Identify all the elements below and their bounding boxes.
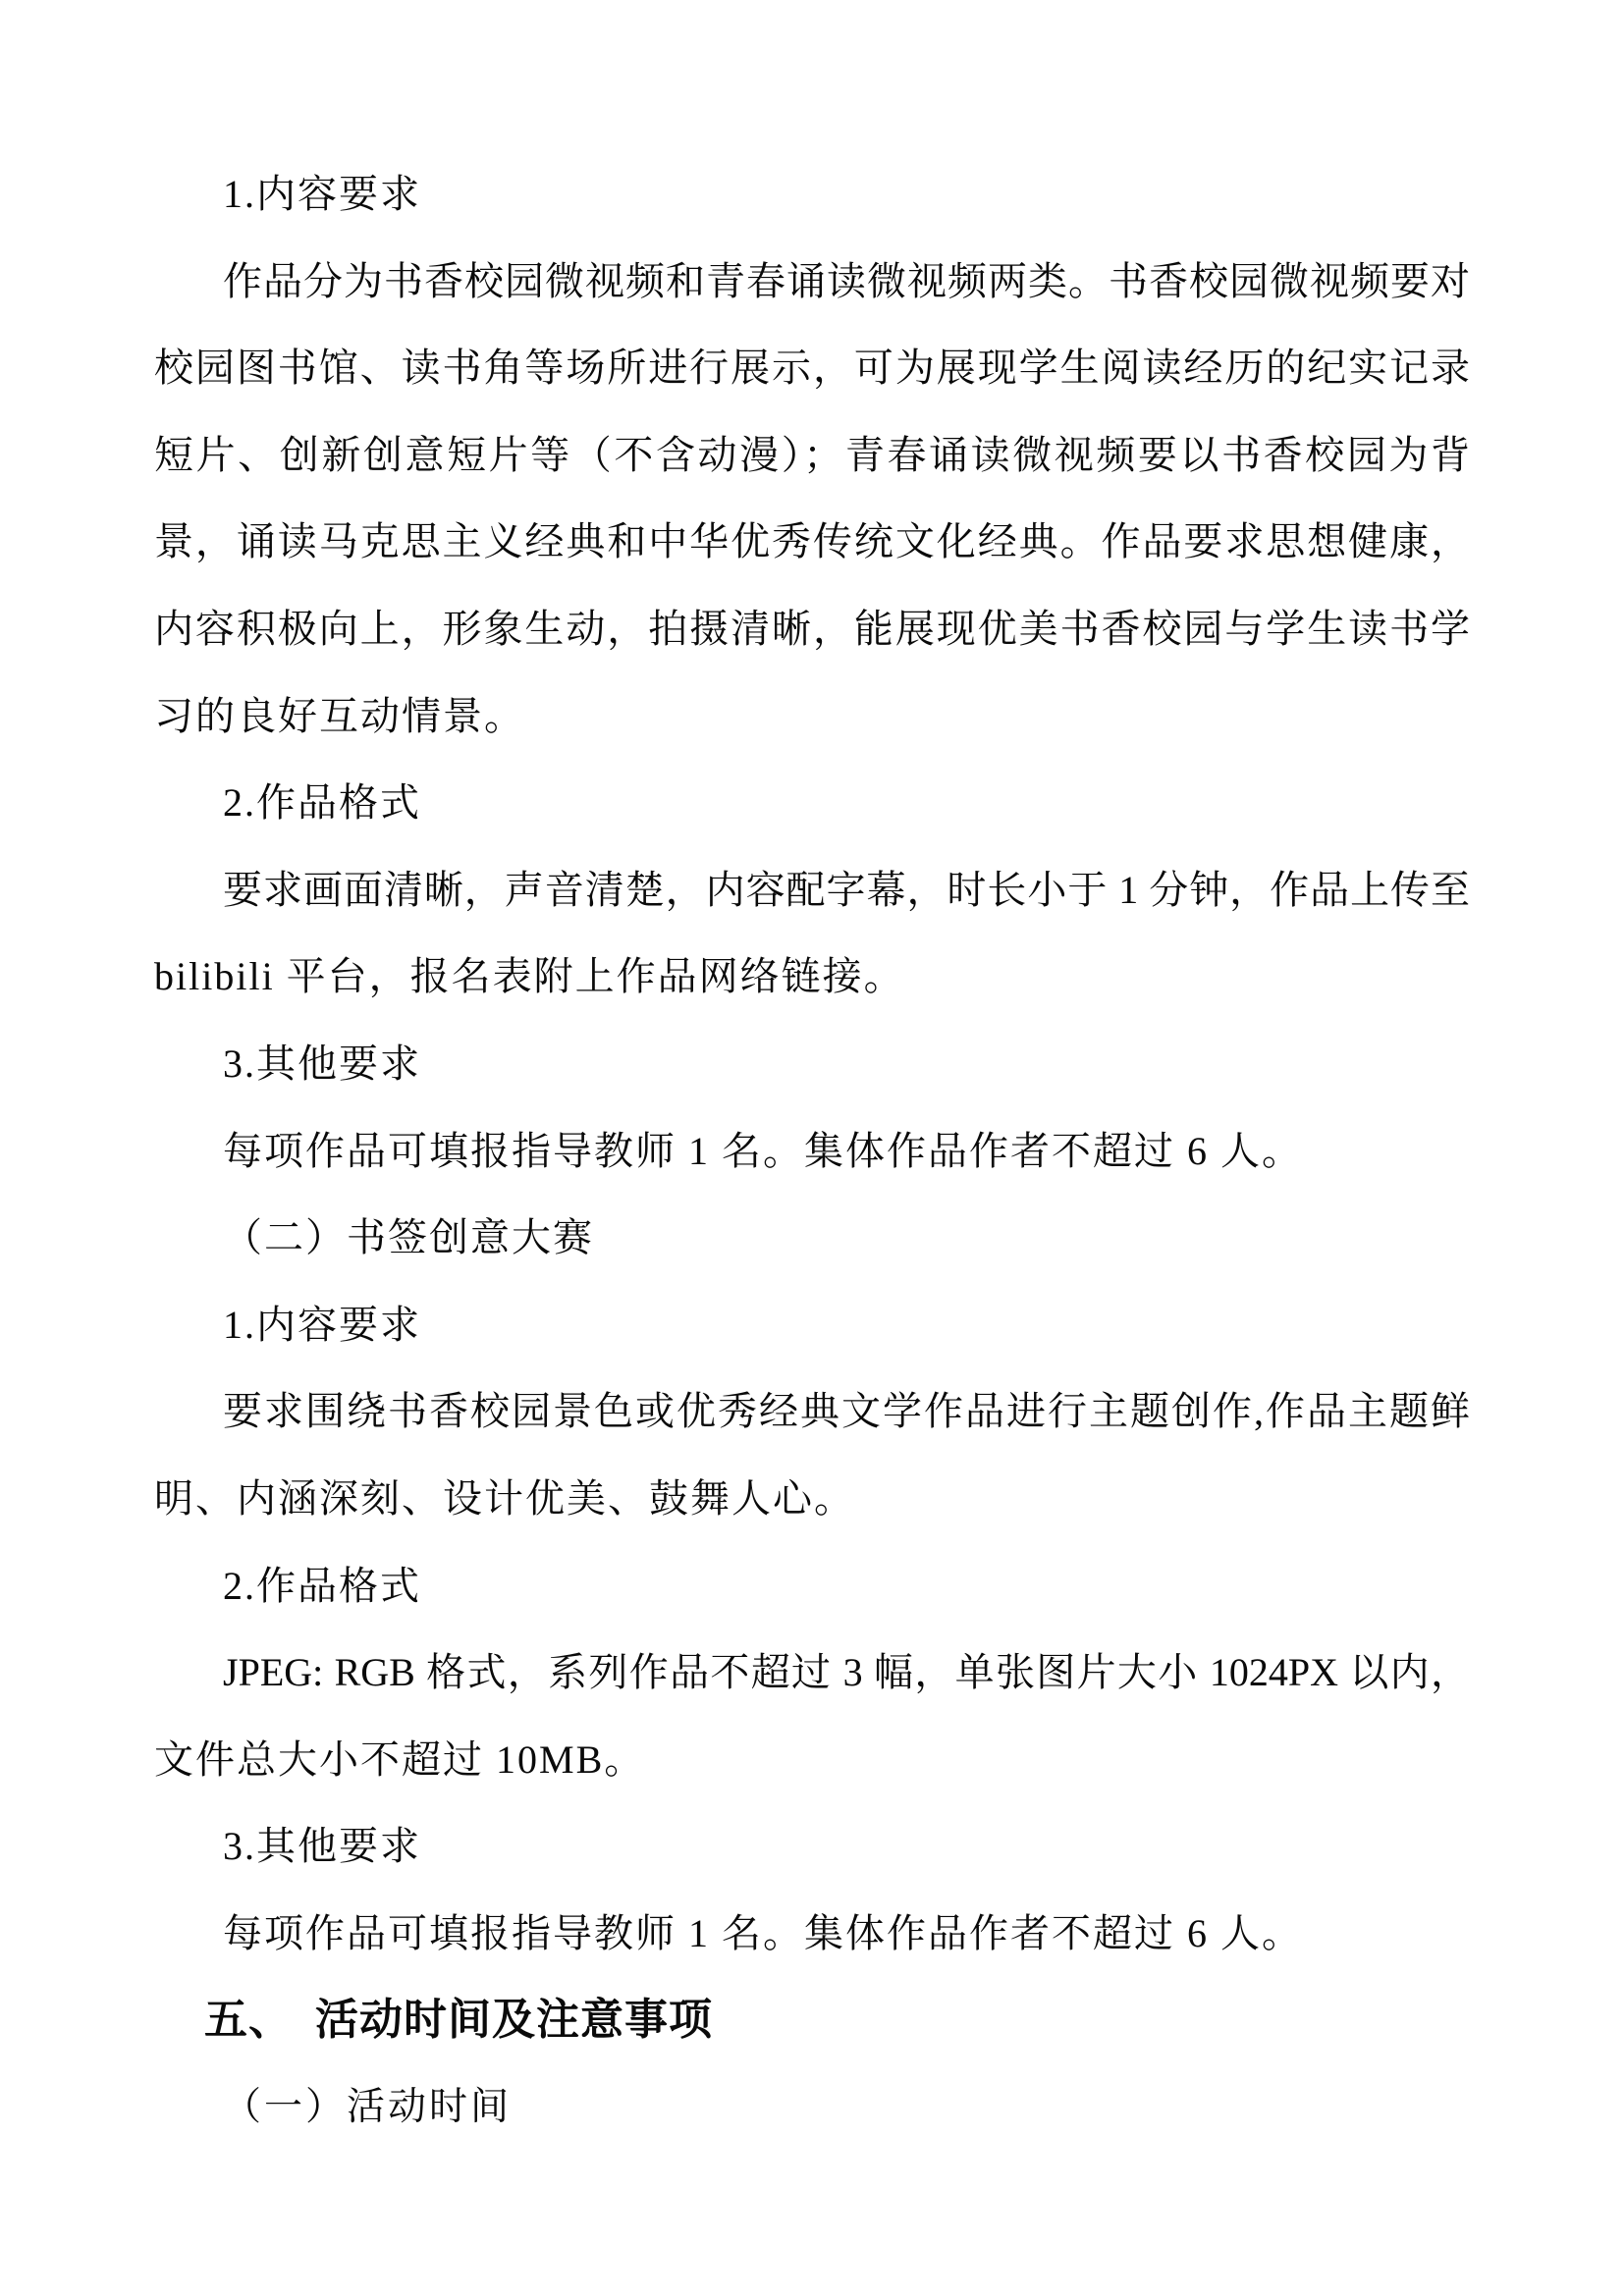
paragraph-line: 短片、创新创意短片等（不含动漫）；青春诵读微视频要以书香校园为背	[154, 412, 1470, 500]
document-text-block: 1.内容要求 作品分为书香校园微视频和青春诵读微视频两类。书香校园微视频要对 校…	[154, 151, 1470, 2152]
paragraph-line: 景，诵读马克思主义经典和中华优秀传统文化经典。作品要求思想健康，	[154, 499, 1470, 586]
numbered-heading-work-format: 2.作品格式	[154, 760, 1470, 847]
numbered-heading-content-requirements: 1.内容要求	[154, 151, 1470, 239]
subsection-heading-activity-time: （一）活动时间	[154, 2064, 1470, 2152]
section-heading-time-and-notes: 五、 活动时间及注意事项	[154, 1977, 1470, 2064]
paragraph-line: 校园图书馆、读书角等场所进行展示，可为展现学生阅读经历的纪实记录	[154, 325, 1470, 412]
subsection-heading-bookmark-contest: （二）书签创意大赛	[154, 1195, 1470, 1282]
paragraph-line: 每项作品可填报指导教师 1 名。集体作品作者不超过 6 人。	[154, 1108, 1470, 1196]
paragraph-line: 要求画面清晰，声音清楚，内容配字幕，时长小于 1 分钟，作品上传至	[154, 847, 1470, 934]
paragraph-line: 文件总大小不超过 10MB。	[154, 1717, 1470, 1804]
numbered-heading-other-requirements: 3.其他要求	[154, 1021, 1470, 1108]
paragraph-line: 每项作品可填报指导教师 1 名。集体作品作者不超过 6 人。	[154, 1891, 1470, 1978]
paragraph-line: 内容积极向上，形象生动，拍摄清晰，能展现优美书香校园与学生读书学	[154, 586, 1470, 673]
paragraph-line: 要求围绕书香校园景色或优秀经典文学作品进行主题创作,作品主题鲜	[154, 1368, 1470, 1456]
numbered-heading-work-format: 2.作品格式	[154, 1543, 1470, 1630]
paragraph-line: JPEG: RGB 格式，系列作品不超过 3 幅，单张图片大小 1024PX 以…	[154, 1629, 1470, 1717]
paragraph-line: 明、内涵深刻、设计优美、鼓舞人心。	[154, 1456, 1470, 1543]
document-page: 1.内容要求 作品分为书香校园微视频和青春诵读微视频两类。书香校园微视频要对 校…	[0, 0, 1624, 2296]
paragraph-line: 习的良好互动情景。	[154, 673, 1470, 761]
paragraph-line: bilibili 平台，报名表附上作品网络链接。	[154, 934, 1470, 1021]
paragraph-line: 作品分为书香校园微视频和青春诵读微视频两类。书香校园微视频要对	[154, 239, 1470, 326]
numbered-heading-content-requirements: 1.内容要求	[154, 1282, 1470, 1369]
numbered-heading-other-requirements: 3.其他要求	[154, 1803, 1470, 1891]
